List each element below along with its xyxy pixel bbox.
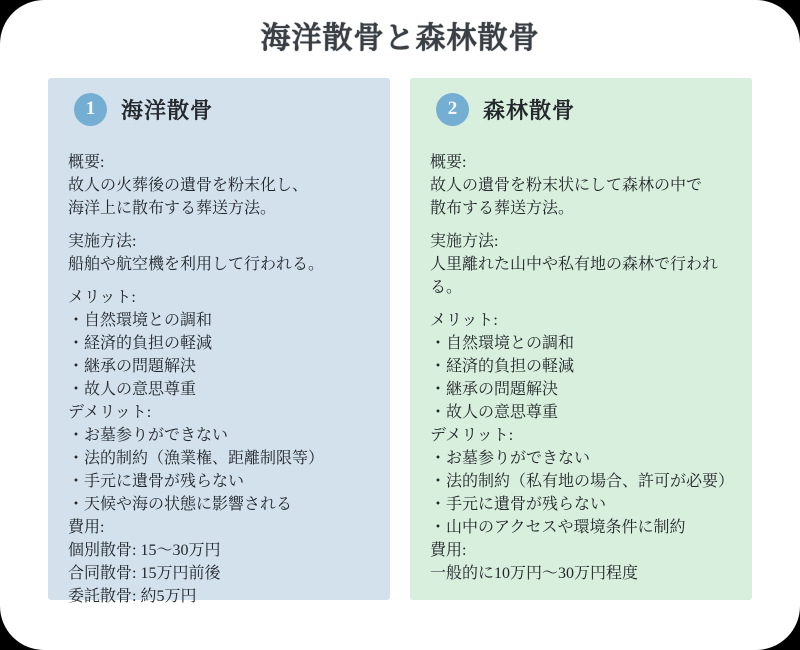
forest-demerits-list: デメリット: ・お墓参りができない ・法的制約（私有地の場合、許可が必要） ・手… bbox=[430, 424, 744, 539]
forest-cost-block: 費用: 一般的に10万円～30万円程度 bbox=[430, 539, 744, 585]
card-ocean-heading: 海洋散骨 bbox=[121, 94, 213, 125]
forest-overview-block: 概要: 故人の遺骨を粉末状にして森林の中で 散布する葬送方法。 bbox=[430, 151, 744, 220]
card-forest-header: 2 森林散骨 bbox=[436, 92, 744, 126]
ocean-method-block: 実施方法: 船舶や航空機を利用して行われる。 bbox=[68, 230, 382, 276]
page-title: 海洋散骨と森林散骨 bbox=[0, 0, 800, 65]
ocean-merits-list: メリット: ・自然環境との調和 ・経済的負担の軽減 ・継承の問題解決 ・故人の意… bbox=[68, 286, 382, 401]
card-forest-scattering: 2 森林散骨 概要: 故人の遺骨を粉末状にして森林の中で 散布する葬送方法。 実… bbox=[410, 78, 752, 600]
forest-method-block: 実施方法: 人里離れた山中や私有地の森林で行われる。 bbox=[430, 230, 744, 299]
card-ocean-scattering: 1 海洋散骨 概要: 故人の火葬後の遺骨を粉末化し、 海洋上に散布する葬送方法。… bbox=[48, 78, 390, 600]
number-badge-1: 1 bbox=[74, 93, 107, 126]
card-forest-heading: 森林散骨 bbox=[483, 94, 575, 125]
ocean-demerits-list: デメリット: ・お墓参りができない ・法的制約（漁業権、距離制限等） ・手元に遺… bbox=[68, 401, 382, 516]
number-badge-2: 2 bbox=[436, 93, 469, 126]
cards-container: 1 海洋散骨 概要: 故人の火葬後の遺骨を粉末化し、 海洋上に散布する葬送方法。… bbox=[48, 78, 752, 600]
infographic-canvas: 海洋散骨と森林散骨 1 海洋散骨 概要: 故人の火葬後の遺骨を粉末化し、 海洋上… bbox=[0, 0, 800, 650]
card-forest-body: 概要: 故人の遺骨を粉末状にして森林の中で 散布する葬送方法。 実施方法: 人里… bbox=[430, 151, 744, 585]
forest-merits-list: メリット: ・自然環境との調和 ・経済的負担の軽減 ・継承の問題解決 ・故人の意… bbox=[430, 309, 744, 424]
ocean-cost-block: 費用: 個別散骨: 15～30万円 合同散骨: 15万円前後 委託散骨: 約5万… bbox=[68, 516, 382, 608]
card-ocean-body: 概要: 故人の火葬後の遺骨を粉末化し、 海洋上に散布する葬送方法。 実施方法: … bbox=[68, 151, 382, 608]
ocean-overview-block: 概要: 故人の火葬後の遺骨を粉末化し、 海洋上に散布する葬送方法。 bbox=[68, 151, 382, 220]
card-ocean-header: 1 海洋散骨 bbox=[74, 92, 382, 126]
